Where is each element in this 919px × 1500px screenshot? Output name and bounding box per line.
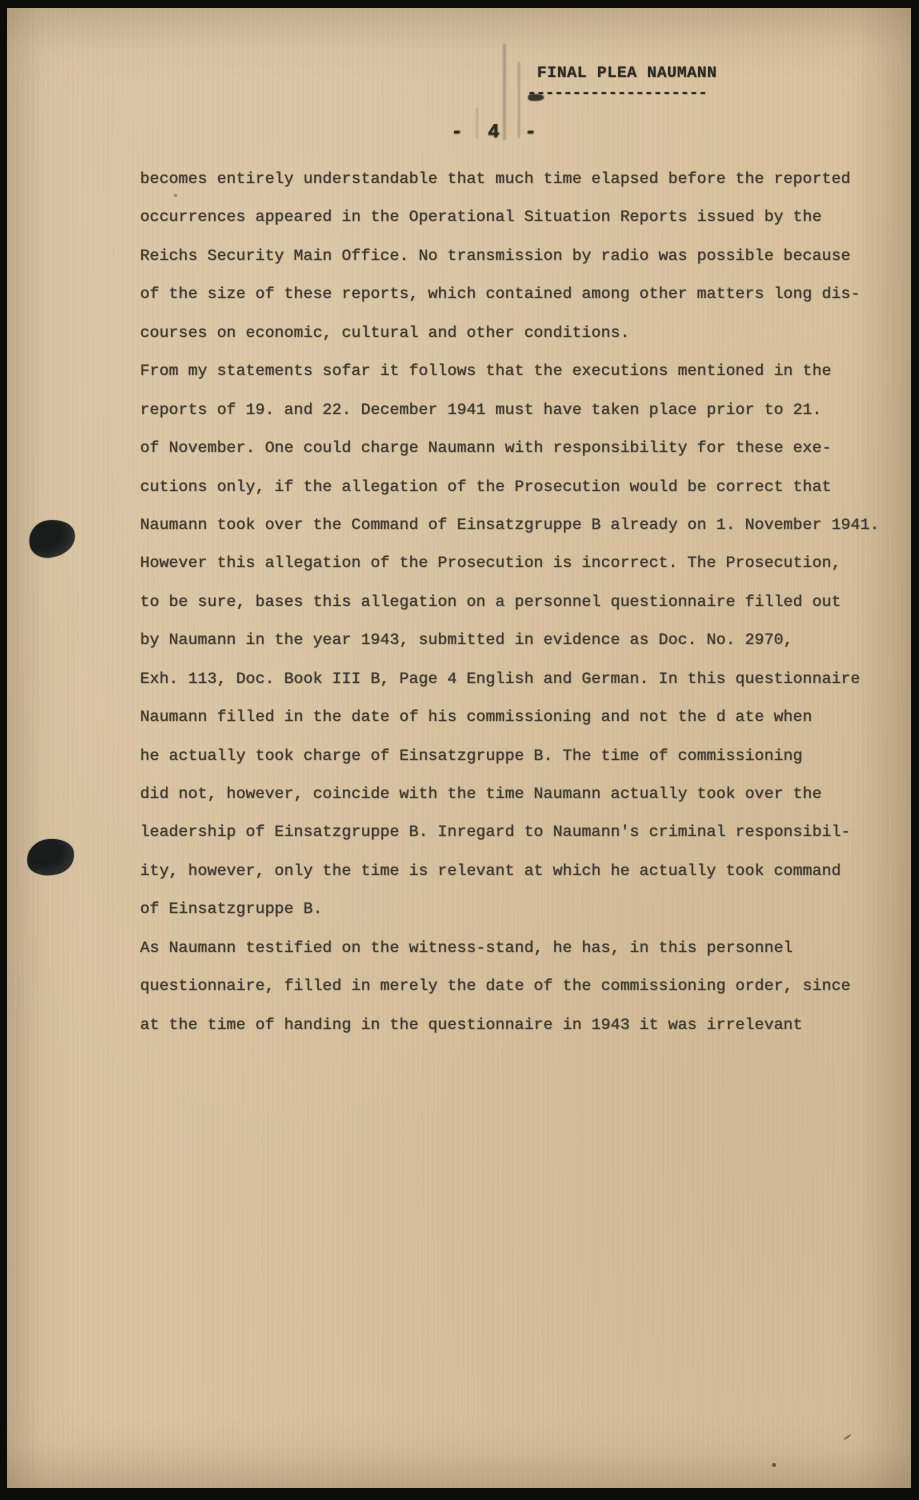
- ink-streak: [518, 62, 520, 138]
- document-header: FINAL PLEA NAUMANN: [537, 64, 717, 82]
- ink-speck: [843, 1434, 852, 1441]
- text-line: From my statements sofar it follows that…: [140, 352, 900, 390]
- text-line: However this allegation of the Prosecuti…: [140, 544, 900, 582]
- text-line: of Einsatzgruppe B.: [140, 890, 900, 928]
- header-underline: --------------------: [527, 84, 707, 102]
- ink-blot: [26, 837, 76, 877]
- text-line: Reichs Security Main Office. No transmis…: [140, 237, 900, 275]
- paper-page: FINAL PLEA NAUMANN -------------------- …: [7, 8, 911, 1488]
- ink-speck: [772, 1463, 776, 1467]
- text-line: reports of 19. and 22. December 1941 mus…: [140, 391, 900, 429]
- text-line: by Naumann in the year 1943, submitted i…: [140, 621, 900, 659]
- ink-blot: [26, 517, 77, 561]
- scanned-document: { "colors":{ "paper":"#d8c2a0", "ink":"#…: [0, 0, 919, 1500]
- text-line: Naumann filled in the date of his commis…: [140, 698, 900, 736]
- page-number: - 4 -: [451, 121, 543, 143]
- text-line: to be sure, bases this allegation on a p…: [140, 583, 900, 621]
- ink-streak: [503, 44, 506, 140]
- text-line: occurrences appeared in the Operational …: [140, 198, 900, 236]
- document-body: becomes entirely understandable that muc…: [140, 160, 900, 1044]
- text-line: questionnaire, filled in merely the date…: [140, 967, 900, 1005]
- text-line: of November. One could charge Naumann wi…: [140, 429, 900, 467]
- text-line: at the time of handing in the questionna…: [140, 1006, 900, 1044]
- text-line: of the size of these reports, which cont…: [140, 275, 900, 313]
- text-line: he actually took charge of Einsatzgruppe…: [140, 737, 900, 775]
- text-line: did not, however, coincide with the time…: [140, 775, 900, 813]
- text-line: As Naumann testified on the witness-stan…: [140, 929, 900, 967]
- text-line: courses on economic, cultural and other …: [140, 314, 900, 352]
- text-line: Naumann took over the Command of Einsatz…: [140, 506, 900, 544]
- ink-speck: [174, 194, 177, 197]
- text-line: leadership of Einsatzgruppe B. Inregard …: [140, 813, 900, 851]
- text-line: Exh. 113, Doc. Book III B, Page 4 Englis…: [140, 660, 900, 698]
- ink-smudge: [528, 94, 544, 101]
- ink-streak: [476, 108, 478, 138]
- text-line: cutions only, if the allegation of the P…: [140, 468, 900, 506]
- text-line: becomes entirely understandable that muc…: [140, 160, 900, 198]
- text-line: ity, however, only the time is relevant …: [140, 852, 900, 890]
